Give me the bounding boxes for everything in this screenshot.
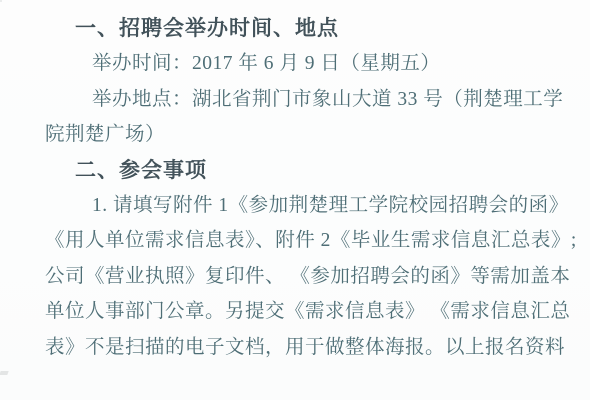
section-heading-attendance: 二、参会事项 xyxy=(45,153,585,188)
scanned-document: { "page": { "background_color": "#fdfdfd… xyxy=(0,0,590,400)
line-item1-1: 1. 请填写附件 1《参加荆楚理工学院校园招聘会的函》 xyxy=(45,188,585,223)
scan-noise xyxy=(0,0,2,2)
line-event-location-2: 院荆楚广场） xyxy=(45,117,585,152)
document-page: 一、招聘会举办时间、地点 举办时间：2017 年 6 月 9 日（星期五） 举办… xyxy=(0,0,590,400)
line-item1-2: 《用人单位需求信息表》、附件 2《毕业生需求信息汇总表》; xyxy=(45,223,585,258)
line-item1-4: 单位人事部门公章。另提交《需求信息表》 《需求信息汇总 xyxy=(45,294,585,329)
scan-artifact xyxy=(0,371,9,375)
line-event-location-1: 举办地点：湖北省荆门市象山大道 33 号（荆楚理工学 xyxy=(45,82,585,117)
line-item1-5: 表》不是扫描的电子文档，用于做整体海报。以上报名资料 xyxy=(45,330,585,365)
line-item1-3: 公司《营业执照》复印件、 《参加招聘会的函》等需加盖本 xyxy=(45,259,585,294)
document-content: 一、招聘会举办时间、地点 举办时间：2017 年 6 月 9 日（星期五） 举办… xyxy=(45,11,585,365)
line-event-time: 举办时间：2017 年 6 月 9 日（星期五） xyxy=(45,46,585,81)
section-heading-time-location: 一、招聘会举办时间、地点 xyxy=(45,11,585,46)
